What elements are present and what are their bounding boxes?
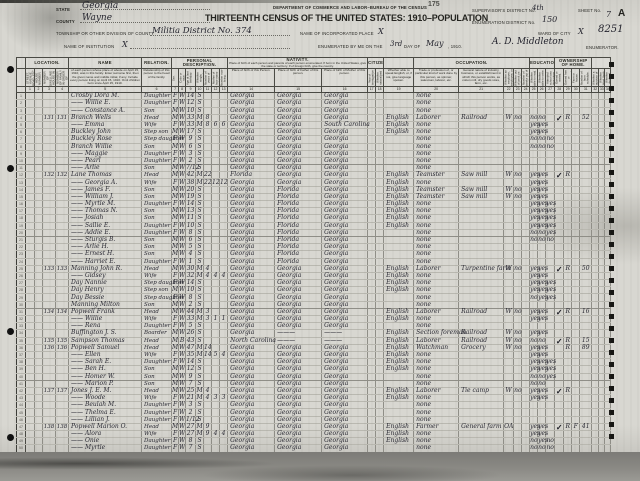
cell-ow: [514, 445, 522, 452]
cell-ow: [514, 366, 522, 373]
column-group-header: EDUCATION.: [530, 58, 555, 69]
cell-ln: 40: [17, 373, 26, 380]
column-header-mbp: Place of birth of Mother of this person.: [322, 69, 368, 87]
cell-dw: 135: [43, 337, 56, 344]
cell-rel: Head: [142, 308, 172, 315]
cell-dw: [43, 395, 56, 402]
column-header-wk: Number of weeks out of work during year …: [522, 69, 530, 87]
day-of-label: DAY OF: [404, 44, 420, 49]
cell-lang: English: [384, 129, 414, 136]
census-row: 28Day HenryStep sonMW10SGeorgiaGeorgiaGe…: [17, 287, 611, 294]
cell-imm: [368, 373, 376, 380]
cell-ind: [459, 445, 504, 452]
column-header-nat: Whether naturalized or an alien.: [376, 69, 384, 87]
cell-fh: [572, 150, 580, 157]
cell-imm: [368, 337, 376, 344]
cell-ow: [514, 287, 522, 294]
cell-mort: [564, 287, 572, 294]
cell-fno: [580, 100, 592, 107]
cell-rel: Son: [142, 208, 172, 215]
cell-wk: [522, 136, 530, 143]
cell-vet: [592, 280, 599, 287]
cell-own: [555, 294, 564, 301]
cell-age: 42: [186, 172, 196, 179]
cell-ym: [204, 236, 212, 243]
cell-imm: [368, 136, 376, 143]
cell-ln: 11: [17, 165, 26, 172]
cell-fno: [580, 409, 592, 416]
cell-ln: 8: [17, 143, 26, 150]
cell-rel: Wife: [142, 351, 172, 358]
cell-street: [26, 373, 35, 380]
cell-age: 26: [186, 330, 196, 337]
cell-fm: [56, 330, 69, 337]
cell-nat: [376, 208, 384, 215]
cell-fh: [572, 308, 580, 315]
cell-fno: [580, 445, 592, 452]
column-header-mort: Owned free or mortgaged.: [564, 69, 572, 87]
cell-ind: [459, 395, 504, 402]
cell-mort: [564, 229, 572, 236]
cell-imm: [368, 222, 376, 229]
cell-house: [35, 351, 43, 358]
cell-rel: Son: [142, 244, 172, 251]
cell-dw: 132: [43, 172, 56, 179]
cell-rel: Daughter: [142, 150, 172, 157]
cell-nat: [376, 251, 384, 258]
cell-wr: yes: [538, 294, 546, 301]
cell-fh: [572, 445, 580, 452]
cell-rel: Son: [142, 186, 172, 193]
column-header-fbp: Place of birth of Father of this person.: [275, 69, 322, 87]
cell-own: [555, 136, 564, 143]
cell-ym: [204, 287, 212, 294]
cell-vet: [592, 193, 599, 200]
cell-mbp: Georgia: [322, 136, 368, 143]
cell-ow: [514, 395, 522, 402]
cell-bp: Georgia: [228, 136, 275, 143]
enumerator-label: ENUMERATOR.: [586, 45, 619, 50]
cell-nat: [376, 287, 384, 294]
cell-cl: [220, 208, 228, 215]
cell-mar: M: [196, 172, 204, 179]
cell-ym: 22: [204, 179, 212, 186]
cell-lang: [384, 445, 414, 452]
cell-nat: [376, 215, 384, 222]
cell-street: [26, 236, 35, 243]
cell-ln: 4: [17, 114, 26, 121]
cell-fh: [572, 265, 580, 272]
cell-wk: [522, 107, 530, 114]
cell-lang: [384, 143, 414, 150]
cell-fm: 131: [56, 114, 69, 121]
cell-ym: [204, 229, 212, 236]
cell-ln: 1: [17, 93, 26, 100]
cell-cl: 1: [220, 316, 228, 323]
cell-fno: 16: [580, 308, 592, 315]
cell-cl: [220, 186, 228, 193]
cell-race: W: [179, 402, 186, 409]
cell-own: [555, 179, 564, 186]
cell-mort: [564, 150, 572, 157]
cell-emp: [504, 157, 514, 164]
cell-house: [35, 172, 43, 179]
cell-vet: [592, 136, 599, 143]
cell-fno: [580, 431, 592, 438]
cell-rel: Step son: [142, 129, 172, 136]
census-row: 42137137Jones J. E. M.HeadMW25M4GeorgiaG…: [17, 387, 611, 394]
cell-ow: [514, 150, 522, 157]
rule-line: [80, 9, 210, 10]
cell-fh: [572, 222, 580, 229]
cell-fh: [572, 380, 580, 387]
cell-mort: [564, 136, 572, 143]
cell-own: [555, 193, 564, 200]
cell-rel: Head: [142, 265, 172, 272]
cell-house: [35, 301, 43, 308]
cell-house: [35, 129, 43, 136]
census-row: 50—— MyrtleDaughterFW7SGeorgiaGeorgiaGeo…: [17, 445, 611, 452]
column-group-header: RELATION.: [142, 58, 172, 69]
cell-wr: yes: [538, 366, 546, 373]
cell-nat: [376, 258, 384, 265]
cell-mort: [564, 215, 572, 222]
cell-name: —— Ernest H.: [69, 251, 142, 258]
column-header-ln: [17, 69, 26, 87]
cell-fm: [56, 143, 69, 150]
cell-wk: [522, 308, 530, 315]
column-header-occ: Trade or profession of, or particular ki…: [414, 69, 459, 87]
cell-house: [35, 150, 43, 157]
cell-fno: [580, 172, 592, 179]
cell-fm: [56, 301, 69, 308]
cell-fh: [572, 201, 580, 208]
cell-sex: F: [172, 100, 179, 107]
cell-nat: [376, 351, 384, 358]
hole-punch: [7, 434, 14, 441]
cell-imm: [368, 129, 376, 136]
cell-emp: [504, 100, 514, 107]
cell-ind: Railroad: [459, 308, 504, 315]
cell-ind: [459, 229, 504, 236]
cell-mort: [564, 272, 572, 279]
cell-wk: [522, 344, 530, 351]
cell-fm: [56, 222, 69, 229]
cell-house: [35, 229, 43, 236]
cell-ow: [514, 359, 522, 366]
cell-nat: [376, 402, 384, 409]
cell-imm: [368, 236, 376, 243]
cell-nat: [376, 143, 384, 150]
cell-imm: [368, 287, 376, 294]
cell-fno: 50: [580, 265, 592, 272]
cell-bp: Georgia: [228, 330, 275, 337]
cell-fh: [572, 215, 580, 222]
cell-lang: [384, 93, 414, 100]
cell-bp: Florida: [228, 172, 275, 179]
cell-wk: [522, 222, 530, 229]
cell-mort: [564, 157, 572, 164]
cell-vet: [592, 409, 599, 416]
cell-dw: [43, 301, 56, 308]
cell-house: [35, 186, 43, 193]
cell-ym: [204, 157, 212, 164]
cell-rd: [530, 402, 538, 409]
cell-ind: [459, 236, 504, 243]
cell-cl: 3: [220, 395, 228, 402]
cell-ym: [204, 366, 212, 373]
cell-cl: [220, 380, 228, 387]
cell-cl: [220, 100, 228, 107]
cell-lang: English: [384, 287, 414, 294]
cell-dw: [43, 330, 56, 337]
cell-street: [26, 136, 35, 143]
cell-own: [555, 229, 564, 236]
cell-wk: [522, 301, 530, 308]
cell-own: [555, 186, 564, 193]
cell-imm: [368, 359, 376, 366]
cell-fm: [56, 121, 69, 128]
cell-ym: [204, 186, 212, 193]
cell-rel: Step daughter: [142, 136, 172, 143]
cell-wk: [522, 287, 530, 294]
cell-ow: [514, 423, 522, 430]
column-group-header: [17, 58, 26, 69]
cell-own: [555, 438, 564, 445]
cell-sch: [546, 93, 555, 100]
cell-age: 11: [186, 215, 196, 222]
cell-mort: [564, 129, 572, 136]
cell-own: [555, 150, 564, 157]
cell-cl: [220, 416, 228, 423]
cell-fm: [56, 395, 69, 402]
cell-sex: M: [172, 172, 179, 179]
cell-dw: [43, 402, 56, 409]
cell-fno: [580, 193, 592, 200]
cell-rel: Son: [142, 380, 172, 387]
cell-vet: [592, 251, 599, 258]
cell-house: [35, 366, 43, 373]
cell-fm: [56, 150, 69, 157]
cell-fh: [572, 229, 580, 236]
cell-imm: [368, 143, 376, 150]
cell-wk: [522, 373, 530, 380]
cell-nat: [376, 395, 384, 402]
cell-fh: [572, 366, 580, 373]
cell-occ: Section foreman: [414, 330, 459, 337]
cell-nat: [376, 359, 384, 366]
cell-own: ✓: [555, 337, 564, 344]
cell-rd: yes: [530, 395, 538, 402]
cell-wk: [522, 100, 530, 107]
cell-house: [35, 431, 43, 438]
cell-occ: none: [414, 100, 459, 107]
cell-dw: [43, 409, 56, 416]
cell-wr: yes: [538, 316, 546, 323]
cell-fh: [572, 236, 580, 243]
cell-lang: [384, 244, 414, 251]
cell-ln: 2: [17, 100, 26, 107]
cell-lang: English: [384, 395, 414, 402]
cell-ow: no: [514, 308, 522, 315]
cell-ind: [459, 244, 504, 251]
cell-wk: [522, 423, 530, 430]
cell-ym: [204, 323, 212, 330]
cell-cl: [220, 143, 228, 150]
column-header-street: STREET, AVENUE, ROAD, ETC.: [26, 69, 35, 87]
census-row: 18—— JosiahSonMW11SGeorgiaFloridaGeorgia…: [17, 215, 611, 222]
cell-cl: [220, 409, 228, 416]
cell-imm: [368, 416, 376, 423]
cell-fno: [580, 251, 592, 258]
cell-cl: [220, 193, 228, 200]
cell-dw: [43, 287, 56, 294]
column-header-rel: Relationship of this person to the head …: [142, 69, 172, 87]
cell-mort: R: [564, 308, 572, 315]
cell-sex: M: [172, 287, 179, 294]
cell-house: [35, 208, 43, 215]
cell-imm: [368, 330, 376, 337]
census-row: 27Day NannieStep daughterFW14SGeorgiaGeo…: [17, 280, 611, 287]
cell-wk: [522, 402, 530, 409]
cell-vet: [592, 431, 599, 438]
cell-wr: no: [538, 445, 546, 452]
cell-house: [35, 265, 43, 272]
cell-fno: 52: [580, 114, 592, 121]
cell-ln: 27: [17, 280, 26, 287]
cell-house: [35, 330, 43, 337]
cell-vet: [592, 100, 599, 107]
cell-ln: 47: [17, 423, 26, 430]
cell-fno: [580, 323, 592, 330]
cell-ind: General farm: [459, 423, 504, 430]
cell-emp: W: [504, 344, 514, 351]
cell-ym: [204, 280, 212, 287]
cell-cb: [212, 215, 220, 222]
cell-cb: [212, 294, 220, 301]
cell-ow: no: [514, 344, 522, 351]
cell-dw: [43, 366, 56, 373]
cell-vet: [592, 222, 599, 229]
cell-bp: Georgia: [228, 445, 275, 452]
hole-punch: [7, 66, 14, 73]
column-header-sex: Sex.: [172, 69, 179, 87]
institution-value: X: [122, 40, 128, 49]
cell-vet: [592, 402, 599, 409]
cell-ym: [204, 409, 212, 416]
ward-of-city-value: X: [578, 27, 584, 36]
column-header-rd: Whether able to read.: [530, 69, 538, 87]
cell-fm: 134: [56, 308, 69, 315]
cell-imm: [368, 380, 376, 387]
cell-vet: [592, 359, 599, 366]
cell-fm: [56, 416, 69, 423]
state-label: STATE: [56, 7, 70, 12]
cell-house: [35, 143, 43, 150]
cell-fno: [580, 316, 592, 323]
cell-fno: [580, 208, 592, 215]
cell-dw: [43, 236, 56, 243]
cell-rd: yes: [530, 366, 538, 373]
cell-vet: [592, 351, 599, 358]
cell-wr: [538, 150, 546, 157]
cell-rel: Son: [142, 366, 172, 373]
cell-street: [26, 129, 35, 136]
cell-ind: [459, 438, 504, 445]
cell-ym: 3: [204, 316, 212, 323]
cell-ln: 28: [17, 287, 26, 294]
cell-cb: [212, 416, 220, 423]
cell-own: [555, 143, 564, 150]
cell-fno: [580, 143, 592, 150]
cell-fno: [580, 395, 592, 402]
cell-nat: [376, 272, 384, 279]
column-header-lang: Whether able to speak English; or, if no…: [384, 69, 414, 87]
cell-imm: [368, 193, 376, 200]
column-header-emp: Whether an employer, employee, or workin…: [504, 69, 514, 87]
cell-fm: 138: [56, 423, 69, 430]
cell-fno: 89: [580, 344, 592, 351]
cell-cl: [220, 337, 228, 344]
cell-ym: [204, 215, 212, 222]
cell-ln: 29: [17, 294, 26, 301]
column-group-header: [592, 58, 611, 69]
cell-dw: [43, 351, 56, 358]
cell-ind: [459, 222, 504, 229]
cell-cl: [220, 280, 228, 287]
cell-nat: [376, 157, 384, 164]
cell-mort: [564, 179, 572, 186]
cell-rel: Head: [142, 114, 172, 121]
cell-cb: [212, 280, 220, 287]
cell-fm: [56, 179, 69, 186]
cell-rel: Step daughter: [142, 294, 172, 301]
cell-nat: [376, 229, 384, 236]
cell-fh: [572, 402, 580, 409]
cell-wk: [522, 387, 530, 394]
cell-fno: [580, 438, 592, 445]
cell-house: [35, 193, 43, 200]
census-row: 32—— WillieWifeFW33M311GeorgiaGeorgiaGeo…: [17, 316, 611, 323]
cell-cl: 6: [220, 121, 228, 128]
cell-wk: [522, 143, 530, 150]
cell-ow: [514, 431, 522, 438]
column-header-imm: Year of immigration to the United States…: [368, 69, 376, 87]
cell-emp: [504, 208, 514, 215]
cell-cl: [220, 107, 228, 114]
census-table-header: LOCATION.NAMERELATION.PERSONAL DESCRIPTI…: [17, 58, 611, 93]
cell-cl: [220, 287, 228, 294]
cell-lang: [384, 294, 414, 301]
cell-rel: Wife: [142, 431, 172, 438]
cell-vet: [592, 323, 599, 330]
cell-ym: 9: [204, 431, 212, 438]
cell-cl: [220, 215, 228, 222]
cell-house: [35, 165, 43, 172]
cell-emp: [504, 409, 514, 416]
cell-vet: [592, 366, 599, 373]
cell-street: [26, 251, 35, 258]
cell-mar: S: [196, 251, 204, 258]
cell-fh: [572, 100, 580, 107]
cell-own: [555, 201, 564, 208]
cell-cb: [212, 409, 220, 416]
cell-sch: yes: [546, 366, 555, 373]
cell-wk: [522, 294, 530, 301]
cell-sch: yes: [546, 287, 555, 294]
cell-sex: F: [172, 402, 179, 409]
cell-mbp: Georgia: [322, 172, 368, 179]
